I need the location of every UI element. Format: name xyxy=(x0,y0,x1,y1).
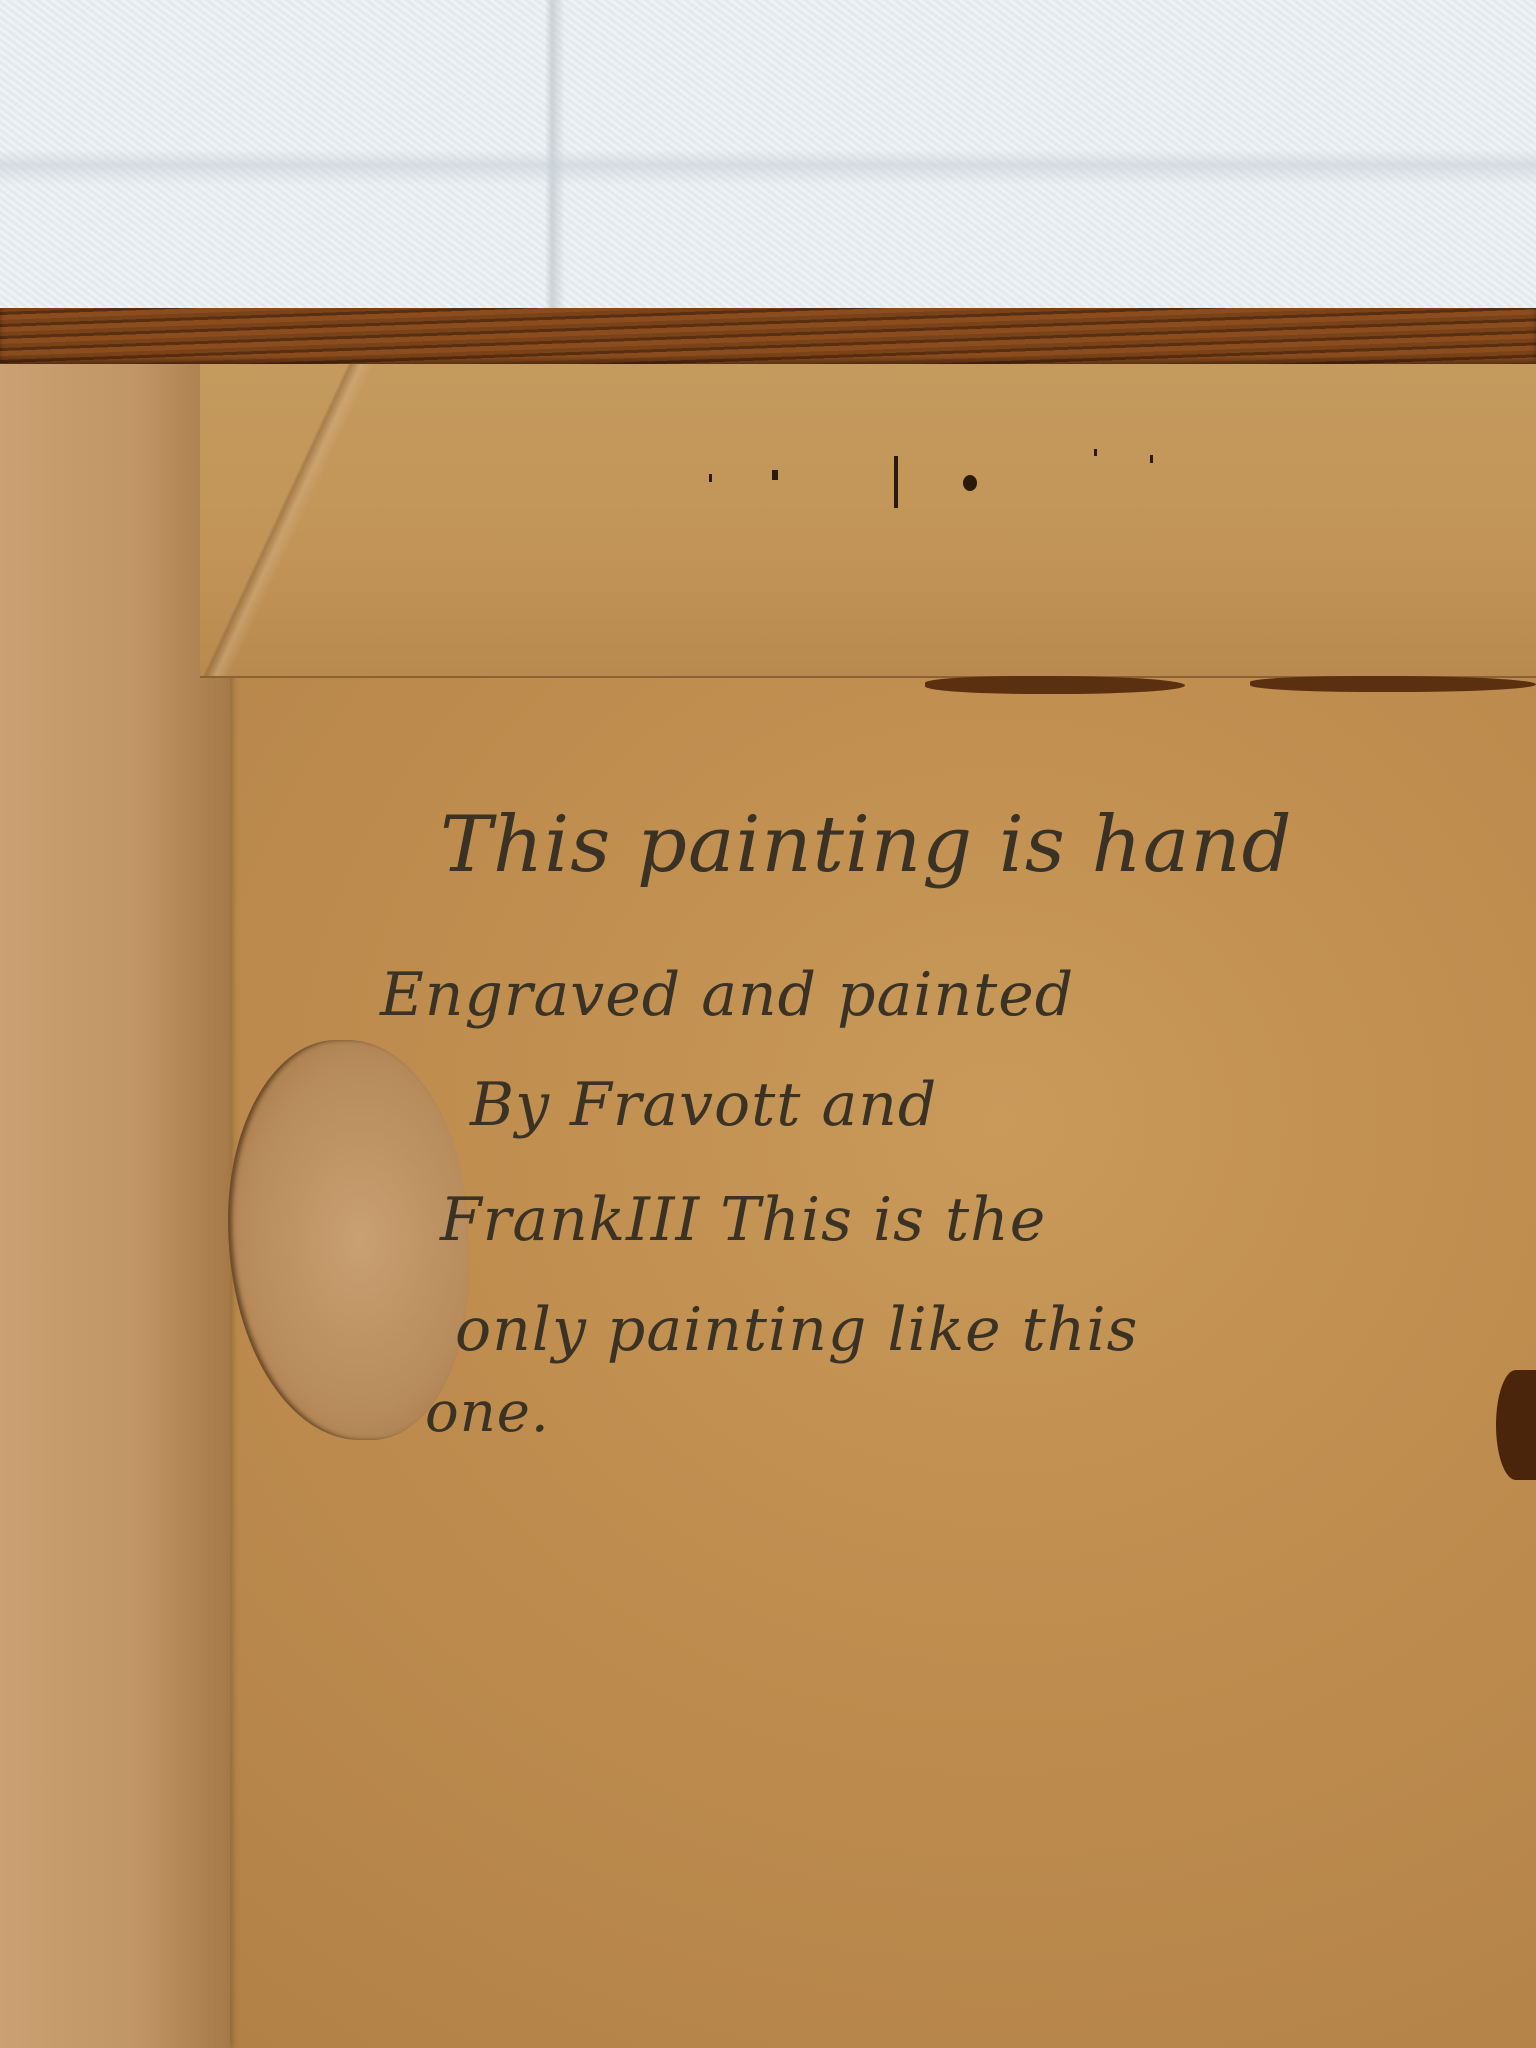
inscription-line: only painting like this xyxy=(455,1295,1138,1365)
inscription-line: one. xyxy=(425,1380,550,1445)
inscription-line: By Fravott and xyxy=(470,1070,937,1140)
inscription-line: Engraved and painted xyxy=(380,960,1074,1030)
inscription-line: FrankIII This is the xyxy=(440,1185,1046,1255)
inscription-line: This painting is hand xyxy=(440,800,1293,890)
pencil-inscription: This painting is hand Engraved and paint… xyxy=(0,0,1536,2048)
